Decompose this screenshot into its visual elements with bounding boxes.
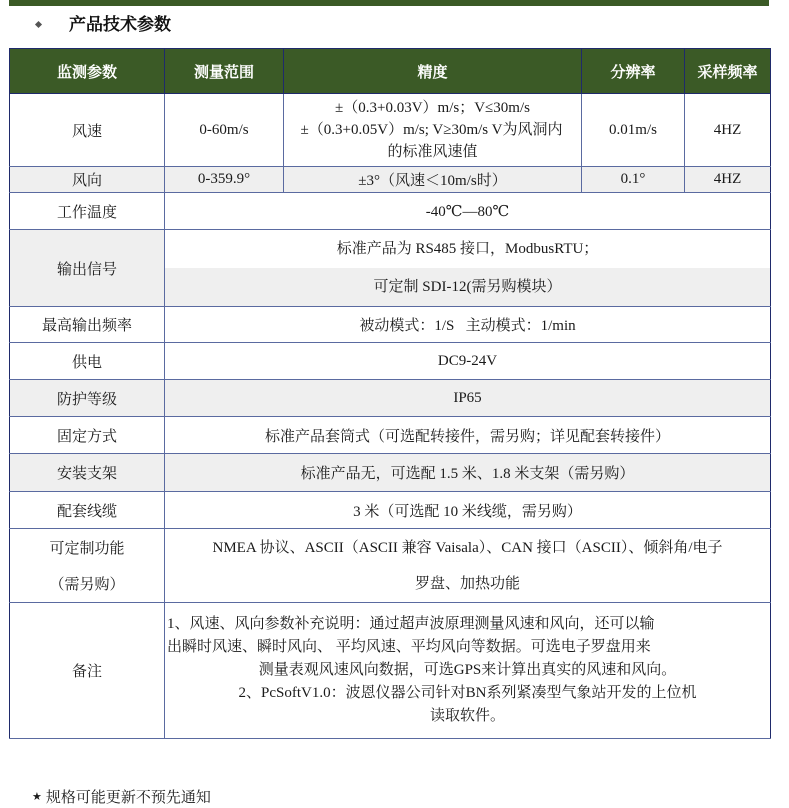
custom-value-line: NMEA 协议、ASCII（ASCII 兼容 Vaisala）、CAN 接口（A…: [165, 530, 770, 566]
cell-accuracy: ±3°（风速＜10m/s时）: [284, 167, 582, 193]
remark-line: 2、PcSoftV1.0：波恩仪器公司针对BN系列紧凑型气象站开发的上位机: [165, 682, 770, 705]
footnote: ★ 规格可能更新不预先通知: [32, 786, 211, 807]
cell-value: 被动模式：1/S 主动模式：1/min: [165, 307, 771, 343]
table-row-remarks: 备注 1、风速、风向参数补充说明：通过超声波原理测量风速和风向，还可以输 出瞬时…: [10, 603, 771, 739]
cell-value: 标准产品无，可选配 1.5 米、1.8 米支架（需另购）: [165, 454, 771, 492]
table-row-wind-speed: 风速 0-60m/s ±（0.3+0.03V）m/s；V≤30m/s ±（0.3…: [10, 94, 771, 167]
cell-accuracy: ±（0.3+0.03V）m/s；V≤30m/s ±（0.3+0.05V）m/s;…: [284, 94, 582, 167]
remark-line: 出瞬时风速、瞬时风向、 平均风速、平均风向等数据。可选电子罗盘用来: [165, 636, 770, 659]
cell-value: 标准产品套筒式（可选配转接件，需另购；详见配套转接件）: [165, 417, 771, 454]
cell-label: 最高输出频率: [10, 307, 165, 343]
cell-label: 备注: [10, 603, 165, 739]
cell-value: 3 米（可选配 10 米线缆，需另购）: [165, 492, 771, 529]
top-divider-bar: [9, 0, 769, 6]
cell-range: 0-359.9°: [165, 167, 284, 193]
cell-label: 安装支架: [10, 454, 165, 492]
accuracy-line: ±（0.3+0.03V）m/s；V≤30m/s: [284, 97, 581, 119]
table-row-power: 供电 DC9-24V: [10, 343, 771, 380]
cell-label: 防护等级: [10, 380, 165, 417]
section-heading: 产品技术参数: [36, 8, 171, 36]
table-row-mounting: 固定方式 标准产品套筒式（可选配转接件，需另购；详见配套转接件）: [10, 417, 771, 454]
cell-range: 0-60m/s: [165, 94, 284, 167]
header-range: 测量范围: [165, 49, 284, 94]
table-row-max-output-freq: 最高输出频率 被动模式：1/S 主动模式：1/min: [10, 307, 771, 343]
table-header-row: 监测参数 测量范围 精度 分辨率 采样频率: [10, 49, 771, 94]
cell-param: 风向: [10, 167, 165, 193]
table-row-cable: 配套线缆 3 米（可选配 10 米线缆，需另购）: [10, 492, 771, 529]
table-row-wind-direction: 风向 0-359.9° ±3°（风速＜10m/s时） 0.1° 4HZ: [10, 167, 771, 193]
cell-sampling: 4HZ: [685, 167, 771, 193]
section-title: 产品技术参数: [69, 10, 171, 35]
cell-label: 固定方式: [10, 417, 165, 454]
cell-label: 输出信号: [10, 230, 165, 307]
remark-line: 读取软件。: [165, 705, 770, 728]
header-param: 监测参数: [10, 49, 165, 94]
cell-label: 供电: [10, 343, 165, 380]
cell-value: IP65: [165, 380, 771, 417]
cell-label: 工作温度: [10, 193, 165, 230]
cell-resolution: 0.01m/s: [582, 94, 685, 167]
diamond-bullet-icon: [35, 20, 42, 27]
cell-value: NMEA 协议、ASCII（ASCII 兼容 Vaisala）、CAN 接口（A…: [165, 529, 771, 603]
accuracy-line: ±（0.3+0.05V）m/s; V≥30m/s V为风洞内: [282, 119, 581, 141]
remark-line: 1、风速、风向参数补充说明：通过超声波原理测量风速和风向，还可以输: [165, 613, 770, 636]
table-row-operating-temp: 工作温度 -40℃—80℃: [10, 193, 771, 230]
output-signal-line: 标准产品为 RS485 接口，ModbusRTU；: [165, 230, 770, 268]
custom-label-line: （需另购）: [10, 566, 164, 602]
table-row-bracket: 安装支架 标准产品无，可选配 1.5 米、1.8 米支架（需另购）: [10, 454, 771, 492]
table-row-protection: 防护等级 IP65: [10, 380, 771, 417]
cell-label: 配套线缆: [10, 492, 165, 529]
header-accuracy: 精度: [284, 49, 582, 94]
cell-value: -40℃—80℃: [165, 193, 771, 230]
cell-value: 1、风速、风向参数补充说明：通过超声波原理测量风速和风向，还可以输 出瞬时风速、…: [165, 603, 771, 739]
spec-table: 监测参数 测量范围 精度 分辨率 采样频率 风速 0-60m/s ±（0.3+0…: [9, 48, 771, 739]
cell-sampling: 4HZ: [685, 94, 771, 167]
footnote-text: 规格可能更新不预先通知: [46, 786, 211, 807]
table-row-output-signal: 输出信号 标准产品为 RS485 接口，ModbusRTU； 可定制 SDI-1…: [10, 230, 771, 307]
cell-label: 可定制功能 （需另购）: [10, 529, 165, 603]
cell-resolution: 0.1°: [582, 167, 685, 193]
star-icon: ★: [32, 790, 42, 803]
remark-line: 测量表观风速风向数据，可选GPS来计算出真实的风速和风向。: [165, 659, 770, 682]
accuracy-line: 的标准风速值: [284, 141, 581, 163]
header-sampling: 采样频率: [685, 49, 771, 94]
cell-param: 风速: [10, 94, 165, 167]
header-resolution: 分辨率: [582, 49, 685, 94]
cell-value: DC9-24V: [165, 343, 771, 380]
cell-value: 标准产品为 RS485 接口，ModbusRTU； 可定制 SDI-12(需另购…: [165, 230, 771, 307]
table-row-custom: 可定制功能 （需另购） NMEA 协议、ASCII（ASCII 兼容 Vaisa…: [10, 529, 771, 603]
custom-label-line: 可定制功能: [10, 530, 164, 566]
custom-value-line: 罗盘、加热功能: [165, 566, 770, 602]
output-signal-line: 可定制 SDI-12(需另购模块）: [165, 268, 770, 306]
